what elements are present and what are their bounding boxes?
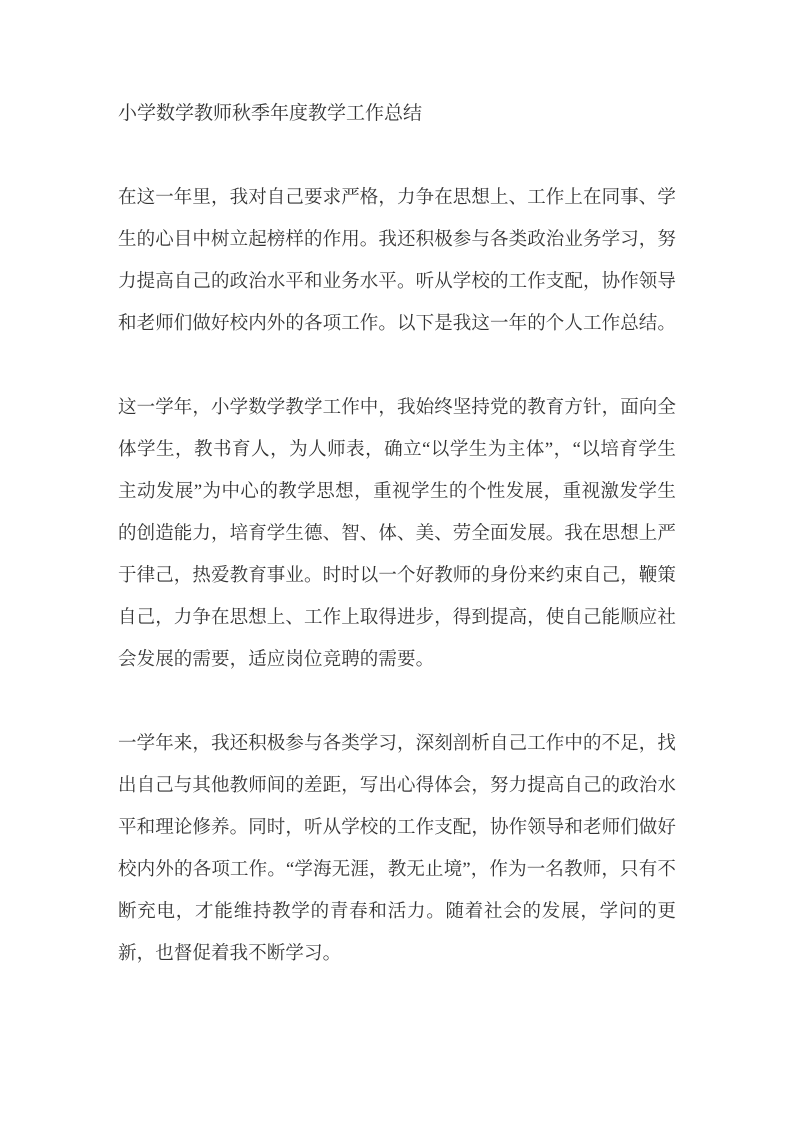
document-content: 小学数学教师秋季年度教学工作总结 在这一年里，我对自己要求严格，力争在思想上、工… xyxy=(118,93,676,1017)
paragraph-3: 一学年来，我还积极参与各类学习，深刻剖析自己工作中的不足，找出自己与其他教师间的… xyxy=(118,723,676,975)
document-title: 小学数学教师秋季年度教学工作总结 xyxy=(118,93,676,135)
document-page: 小学数学教师秋季年度教学工作总结 在这一年里，我对自己要求严格，力争在思想上、工… xyxy=(0,0,793,1122)
paragraph-2: 这一学年，小学数学教学工作中，我始终坚持党的教育方针，面向全体学生，教书育人，为… xyxy=(118,387,676,681)
paragraph-1: 在这一年里，我对自己要求严格，力争在思想上、工作上在同事、学生的心目中树立起榜样… xyxy=(118,177,676,345)
